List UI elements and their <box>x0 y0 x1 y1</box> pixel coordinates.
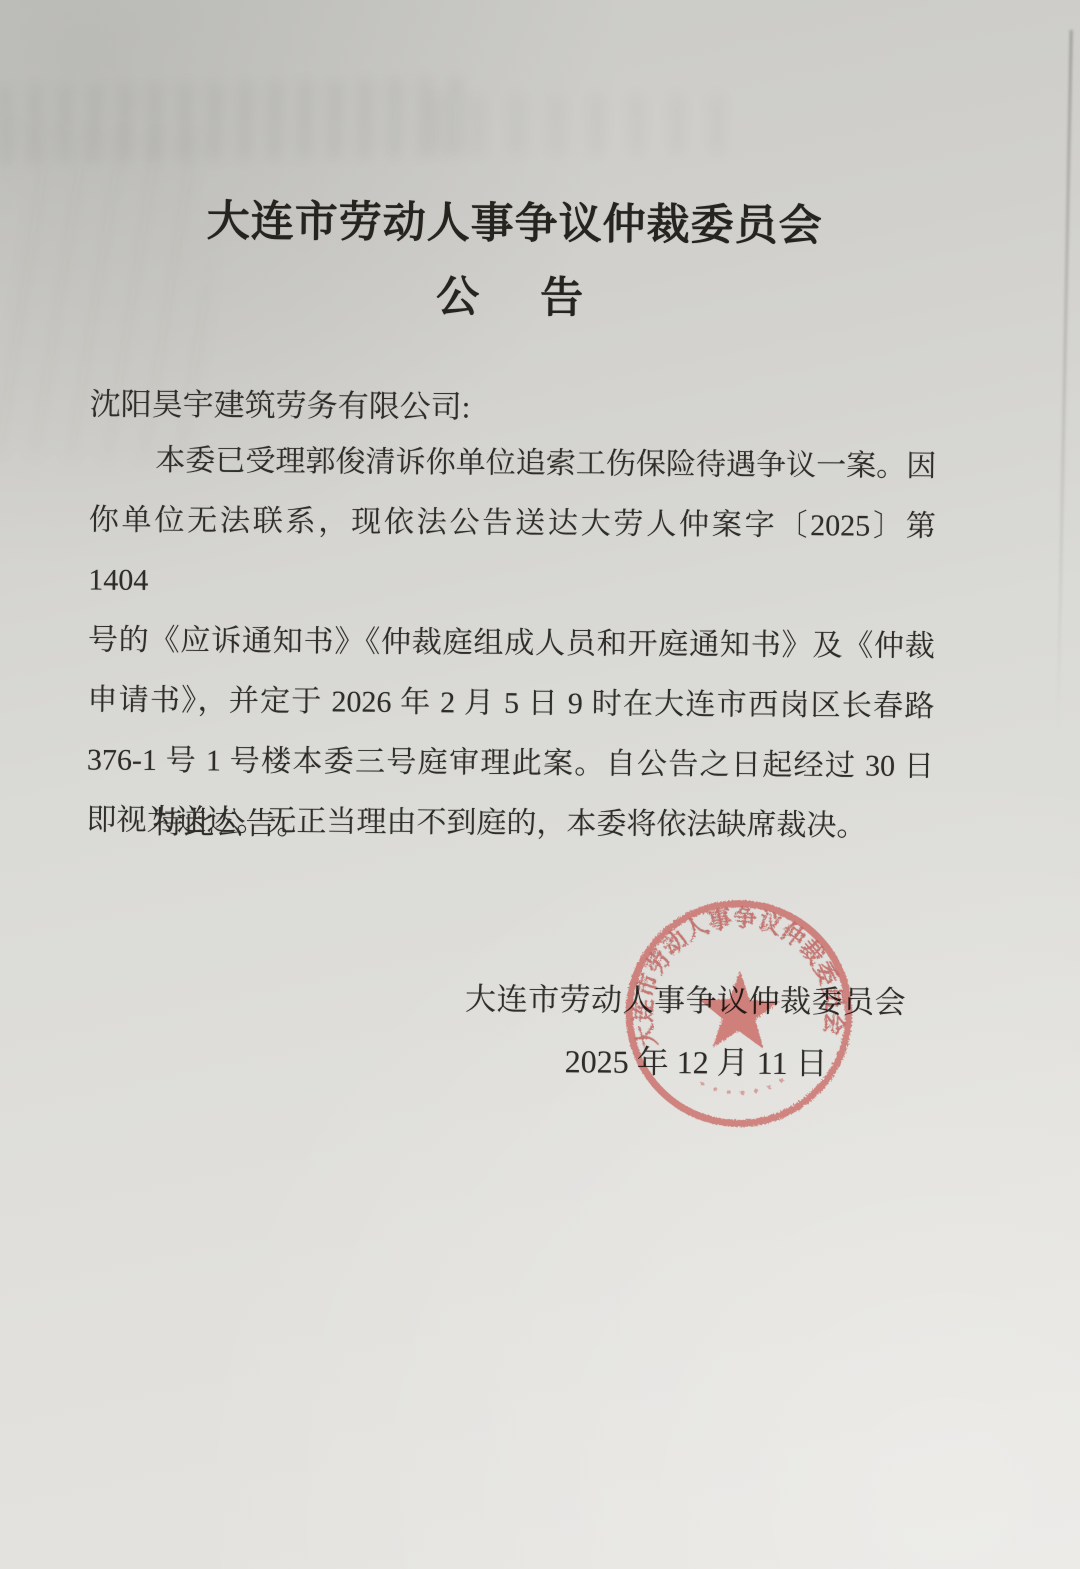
notice-body: 本委已受理郭俊清诉你单位追索工伤保险待遇争议一案。因 你单位无法联系，现依法公告… <box>86 430 936 857</box>
signature-org: 大连市劳动人事争议仲裁委员会 <box>85 970 932 1022</box>
notice-document-photo: 大连市劳动人事争议仲裁委员会 公 告 沈阳昊宇建筑劳务有限公司: 本委已受理郭俊… <box>0 0 1080 1569</box>
issue-date: 2025 年 12 月 11 日 <box>84 1032 931 1085</box>
body-line: 你单位无法联系，现依法公告送达大劳人仲案字〔2025〕第 1404 <box>88 490 936 617</box>
org-title: 大连市劳动人事争议仲裁委员会 <box>91 186 938 254</box>
closing-line: 特此公告。 <box>152 797 307 843</box>
body-line: 376-1 号 1 号楼本委三号庭审理此案。自公告之日起经过 30 日 <box>87 730 934 797</box>
doc-type-title: 公 告 <box>90 260 937 328</box>
addressee-line: 沈阳昊宇建筑劳务有限公司: <box>90 378 471 426</box>
body-line: 本委已受理郭俊清诉你单位追索工伤保险待遇争议一案。因 <box>89 430 936 497</box>
body-line: 申请书》，并定于 2026 年 2 月 5 日 9 时在大连市西岗区长春路 <box>87 670 934 737</box>
notice-content: 大连市劳动人事争议仲裁委员会 公 告 沈阳昊宇建筑劳务有限公司: 本委已受理郭俊… <box>0 0 1080 1569</box>
body-line: 号的《应诉通知书》《仲裁庭组成人员和开庭通知书》及《仲裁 <box>88 610 935 677</box>
